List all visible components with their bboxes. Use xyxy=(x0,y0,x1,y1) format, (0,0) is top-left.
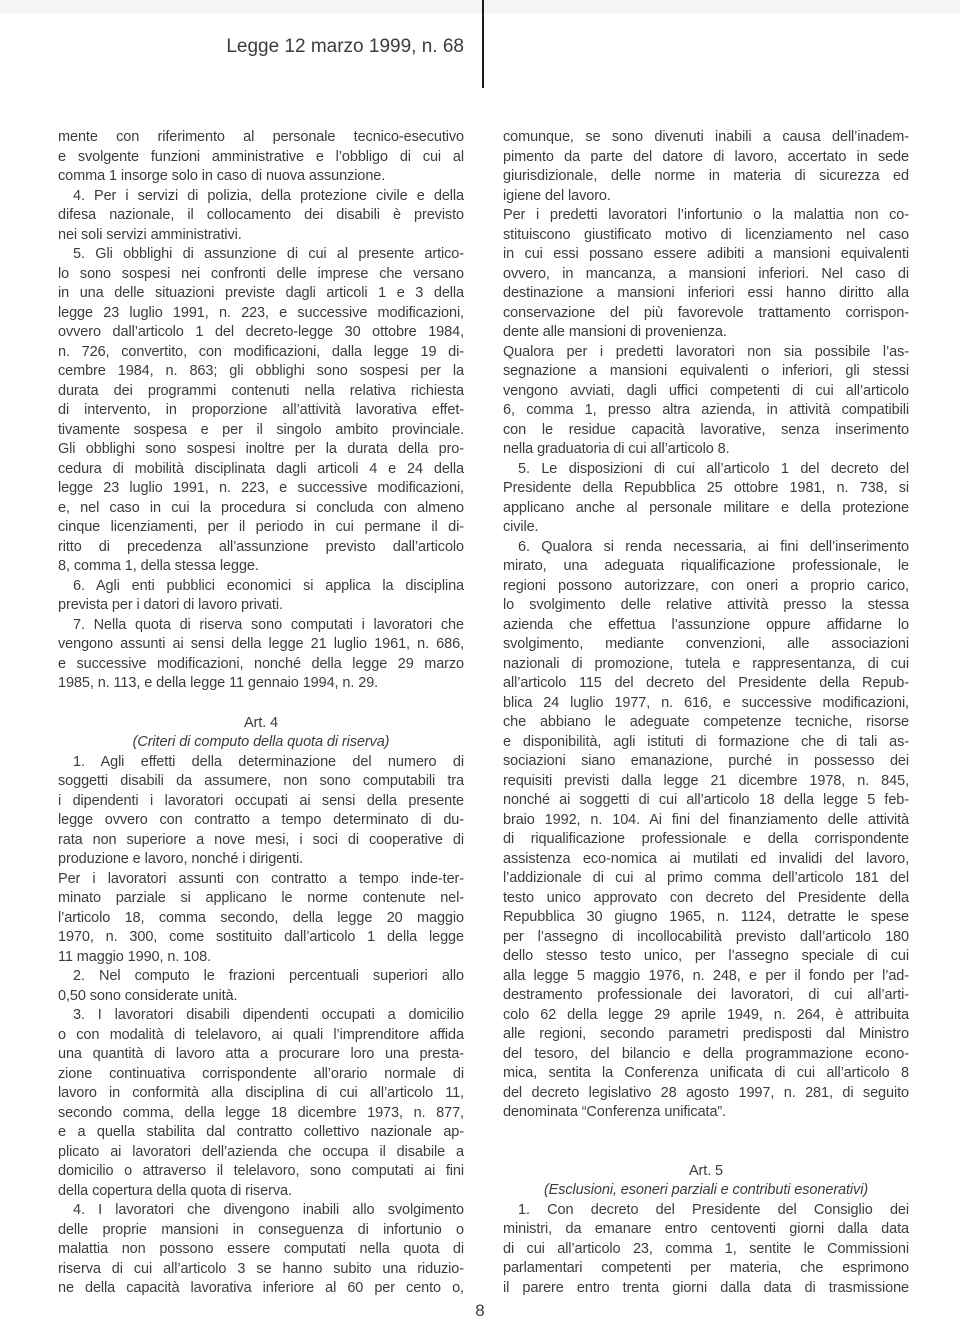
text-line: difesa nazionale, il collocamento dei di… xyxy=(58,206,464,226)
text-line: applicano anche al personale militare e … xyxy=(503,499,909,519)
text-line: comunque, se sono divenuti inabili a cau… xyxy=(503,128,909,148)
text-line: stituiscono giustificato motivo di licen… xyxy=(503,226,909,246)
text-line: ne della capacità lavorativa inferiore a… xyxy=(58,1279,464,1299)
text-line: cinque licenziamenti, per il periodo in … xyxy=(58,518,464,538)
paragraph: 4. Per i servizi di polizia, della prote… xyxy=(58,187,464,246)
text-line: e a quella stabilita dal contratto colle… xyxy=(58,1123,464,1143)
page-header: Legge 12 marzo 1999, n. 68 xyxy=(58,36,464,58)
text-line: delle proprie mansioni in conseguenza di… xyxy=(58,1221,464,1241)
text-line: Qualora per i predetti lavoratori non si… xyxy=(503,343,909,363)
paragraph: 5. Gli obblighi di assunzione di cui al … xyxy=(58,245,464,577)
text-line: destramento professionale dei lavoratori… xyxy=(503,986,909,1006)
text-line: domicilio o attraverso il telelavoro, so… xyxy=(58,1162,464,1182)
article-heading: Art. 4 xyxy=(58,714,464,734)
paragraph: 6. Agli enti pubblici economici si appli… xyxy=(58,577,464,616)
paragraph: 7. Nella quota di riserva sono computati… xyxy=(58,616,464,694)
text-line: minato parziale si applicano le norme co… xyxy=(58,889,464,909)
vertical-gap xyxy=(503,1123,909,1162)
text-line: con le residue capacità lavorative, senz… xyxy=(503,421,909,441)
paragraph: Qualora per i predetti lavoratori non si… xyxy=(503,343,909,460)
text-line: Repubblica 30 giugno 1965, n. 1124, detr… xyxy=(503,908,909,928)
text-line: alle regioni, secondo parametri predispo… xyxy=(503,1025,909,1045)
text-line: del tesoro, del bilancio e della program… xyxy=(503,1045,909,1065)
text-line: sociazioni siano emanazione, purché in p… xyxy=(503,752,909,772)
text-line: 1. Con decreto del Presidente del Consig… xyxy=(503,1201,909,1221)
text-line: pimento da parte del datore di lavoro, a… xyxy=(503,148,909,168)
text-line: per l’assegno di incollocabilità previst… xyxy=(503,928,909,948)
text-line: mica, sentita la Conferenza unificata di… xyxy=(503,1064,909,1084)
header-title: Legge 12 marzo 1999, n. 68 xyxy=(226,36,464,57)
text-line: 1970, n. 300, come sostituito dall’artic… xyxy=(58,928,464,948)
text-line: che abbiano le adeguate competenze tecni… xyxy=(503,713,909,733)
text-line: dello stesso testo unico, per l’assegno … xyxy=(503,947,909,967)
text-line: il parere entro trenta giorni dalla data… xyxy=(503,1279,909,1299)
text-line: Per i predetti lavoratori l’infortunio o… xyxy=(503,206,909,226)
text-line: soggetti disabili da assumere, non sono … xyxy=(58,772,464,792)
text-line: igiene del lavoro. xyxy=(503,187,909,207)
text-line: comma 1 insorge solo in caso di nuova as… xyxy=(58,167,464,187)
text-line: 7. Nella quota di riserva sono computati… xyxy=(58,616,464,636)
text-line: produzione e lavoro, nonché i dirigenti. xyxy=(58,850,464,870)
text-line: vengono avviati, dagli uffici competenti… xyxy=(503,382,909,402)
text-line: l’articolo 18, comma secondo, della legg… xyxy=(58,909,464,929)
text-line: testo unico approvato con decreto del Pr… xyxy=(503,889,909,909)
text-line: Gli obblighi sono sospesi inoltre per la… xyxy=(58,440,464,460)
paragraph: Per i lavoratori assunti con contratto a… xyxy=(58,870,464,968)
text-line: nazionali di promozione, tutela e rappre… xyxy=(503,655,909,675)
text-line: azienda che effettua l’assunzione oppure… xyxy=(503,616,909,636)
text-line: ministri, da emanare entro centoventi gi… xyxy=(503,1220,909,1240)
text-line: 4. I lavoratori che divengono inabili al… xyxy=(58,1201,464,1221)
text-line: malattia non possono essere computati ne… xyxy=(58,1240,464,1260)
text-line: lavoro in conformità alla disciplina di … xyxy=(58,1084,464,1104)
text-line: parlamentari competenti per materia, che… xyxy=(503,1259,909,1279)
right-column: comunque, se sono divenuti inabili a cau… xyxy=(503,128,909,1298)
text-line: 1. Agli effetti della determinazione del… xyxy=(58,753,464,773)
text-line: mirato, una adeguata riqualificazione pr… xyxy=(503,557,909,577)
text-line: in una delle situazioni previste dagli a… xyxy=(58,284,464,304)
text-line: denominata “Conferenza unificata”. xyxy=(503,1103,909,1123)
paragraph: 2. Nel computo le frazioni percentuali s… xyxy=(58,967,464,1006)
text-line: giurisdizionale, delle norme in materia … xyxy=(503,167,909,187)
text-line: nonché ai soggetti di cui all’articolo 1… xyxy=(503,791,909,811)
text-line: 3. I lavoratori disabili dipendenti occu… xyxy=(58,1006,464,1026)
paragraph: 5. Le disposizioni di cui all’articolo 1… xyxy=(503,460,909,538)
text-line: ovvero, in mancanza, a mansioni inferior… xyxy=(503,265,909,285)
text-line: in cui essi possano essere adibiti a man… xyxy=(503,245,909,265)
text-line: braio 1992, n. 104. Ai fini del finanzia… xyxy=(503,811,909,831)
text-line: 8, comma 1, della stessa legge. xyxy=(58,557,464,577)
text-line: plicato ai lavoratori dell’azienda che o… xyxy=(58,1143,464,1163)
text-line: regioni possono autorizzare, con oneri a… xyxy=(503,577,909,597)
text-line: svolgimento, mediante convenzioni, alle … xyxy=(503,635,909,655)
text-line: lo sono sospesi nei confronti delle impr… xyxy=(58,265,464,285)
paragraph: 6. Qualora si renda necessaria, ai fini … xyxy=(503,538,909,1123)
text-line: civile. xyxy=(503,518,909,538)
text-line: segnazione a mansioni equivalenti o infe… xyxy=(503,362,909,382)
text-line: ritto di precedenza all’assunzione previ… xyxy=(58,538,464,558)
paragraph: 4. I lavoratori che divengono inabili al… xyxy=(58,1201,464,1299)
text-line: 5. Le disposizioni di cui all’articolo 1… xyxy=(503,460,909,480)
text-line: dente alle mansioni di provenienza. xyxy=(503,323,909,343)
text-line: rata non superiore a nove mesi, i soci d… xyxy=(58,831,464,851)
text-line: e disponibilità, agli istituti di formaz… xyxy=(503,733,909,753)
text-line: n. 726, convertito, con modificazioni, d… xyxy=(58,343,464,363)
text-line: ovvero dall’articolo 1 del decreto-legge… xyxy=(58,323,464,343)
paragraph: 1. Agli effetti della determinazione del… xyxy=(58,753,464,870)
text-line: una quantità di lavoro atta a procurare … xyxy=(58,1045,464,1065)
text-line: nei soli servizi amministrativi. xyxy=(58,226,464,246)
text-line: mente con riferimento al personale tecni… xyxy=(58,128,464,148)
document-page: Legge 12 marzo 1999, n. 68 mente con rif… xyxy=(0,0,960,1325)
text-line: legge 23 luglio 1991, n. 223, e successi… xyxy=(58,304,464,324)
text-line: durata dei programmi contenuti nella rel… xyxy=(58,382,464,402)
column-divider-line xyxy=(482,0,484,88)
text-line: lo svolgimento delle relative attività p… xyxy=(503,596,909,616)
vertical-gap xyxy=(58,694,464,714)
text-line: nella graduatoria di cui all’articolo 8. xyxy=(503,440,909,460)
page-number: 8 xyxy=(0,1301,960,1321)
text-line: colo 62 della legge 29 aprile 1949, n. 2… xyxy=(503,1006,909,1026)
text-line: legge 23 luglio 1991, n. 223, e successi… xyxy=(58,479,464,499)
text-line: e successive modificazioni, nonché della… xyxy=(58,655,464,675)
text-line: 2. Nel computo le frazioni percentuali s… xyxy=(58,967,464,987)
text-line: blica 24 luglio 1977, n. 616, e successi… xyxy=(503,694,909,714)
paragraph: 3. I lavoratori disabili dipendenti occu… xyxy=(58,1006,464,1201)
text-line: di cui all’articolo 23, comma 1, sentite… xyxy=(503,1240,909,1260)
text-line: all’articolo 115 del decreto del Preside… xyxy=(503,674,909,694)
text-line: vengono assunti ai sensi della legge 21 … xyxy=(58,635,464,655)
text-line: riserva di cui all’articolo 3 se hanno s… xyxy=(58,1260,464,1280)
text-line: zione continuativa corrispondente all’or… xyxy=(58,1065,464,1085)
top-strip xyxy=(0,0,960,13)
text-line: 6. Qualora si renda necessaria, ai fini … xyxy=(503,538,909,558)
text-line: alla legge 5 maggio 1976, n. 248, e per … xyxy=(503,967,909,987)
text-line: requisiti previsti dalla legge 21 dicemb… xyxy=(503,772,909,792)
text-line: cedura di mobilità disciplinata dagli ar… xyxy=(58,460,464,480)
text-line: Presidente della Repubblica 25 ottobre 1… xyxy=(503,479,909,499)
text-line: l’addizionale di cui al primo comma dell… xyxy=(503,869,909,889)
text-line: conservazione del più favorevole trattam… xyxy=(503,304,909,324)
paragraph: 1. Con decreto del Presidente del Consig… xyxy=(503,1201,909,1299)
text-line: 4. Per i servizi di polizia, della prote… xyxy=(58,187,464,207)
article-subtitle: (Esclusioni, esoneri parziali e contribu… xyxy=(503,1181,909,1201)
text-line: 6. Agli enti pubblici economici si appli… xyxy=(58,577,464,597)
paragraph: comunque, se sono divenuti inabili a cau… xyxy=(503,128,909,206)
text-line: 0,50 sono considerate unità. xyxy=(58,987,464,1007)
text-line: o con modalità di telelavoro, ai quali l… xyxy=(58,1026,464,1046)
text-line: assistenza eco-nomica ai mutilati ed inv… xyxy=(503,850,909,870)
text-line: destinazione a mansioni inferiori essi h… xyxy=(503,284,909,304)
text-line: di intervento, in proporzione all’attivi… xyxy=(58,401,464,421)
text-line: legge ovvero con contratto a tempo deter… xyxy=(58,811,464,831)
text-line: del decreto legislativo 28 agosto 1997, … xyxy=(503,1084,909,1104)
text-line: prevista per i datori di lavoro privati. xyxy=(58,596,464,616)
left-column: mente con riferimento al personale tecni… xyxy=(58,128,464,1299)
text-line: Per i lavoratori assunti con contratto a… xyxy=(58,870,464,890)
text-line: della copertura della quota di riserva. xyxy=(58,1182,464,1202)
text-line: i dipendenti i lavoratori occupati ai se… xyxy=(58,792,464,812)
paragraph: mente con riferimento al personale tecni… xyxy=(58,128,464,187)
article-heading: Art. 5 xyxy=(503,1162,909,1182)
paragraph: Per i predetti lavoratori l’infortunio o… xyxy=(503,206,909,343)
text-line: di riqualificazione professionale e dell… xyxy=(503,830,909,850)
text-line: 1985, n. 113, e della legge 11 gennaio 1… xyxy=(58,674,464,694)
text-line: cembre 1984, n. 863; gli obblighi sono s… xyxy=(58,362,464,382)
text-line: 11 maggio 1990, n. 108. xyxy=(58,948,464,968)
text-line: tivamente sospesa e per il singolo ambit… xyxy=(58,421,464,441)
text-line: 5. Gli obblighi di assunzione di cui al … xyxy=(58,245,464,265)
text-line: e svolgente funzioni amministrative e l’… xyxy=(58,148,464,168)
text-line: 6, comma 1, presso altra azienda, in att… xyxy=(503,401,909,421)
text-line: secondo comma, della legge 18 dicembre 1… xyxy=(58,1104,464,1124)
text-line: e, nel caso in cui la procedura si concl… xyxy=(58,499,464,519)
article-subtitle: (Criteri di computo della quota di riser… xyxy=(58,733,464,753)
